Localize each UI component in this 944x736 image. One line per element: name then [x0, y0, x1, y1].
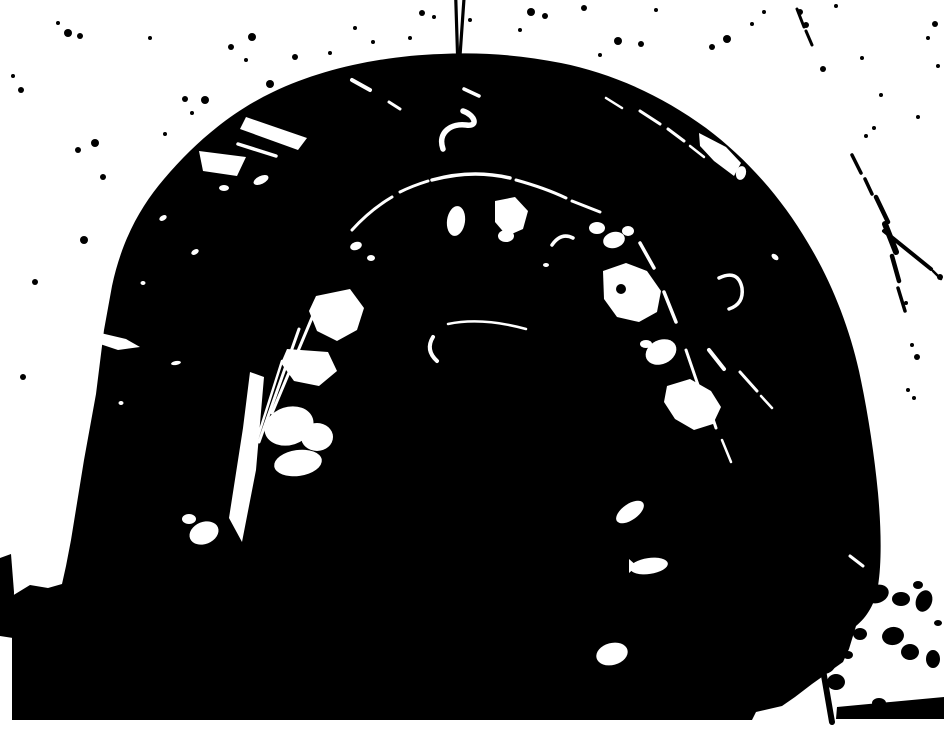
- tooth-highlight: [640, 340, 652, 348]
- tooth-highlight: [589, 222, 605, 234]
- speckle-dot: [229, 117, 235, 123]
- debris-blob: [853, 628, 867, 640]
- speckle-dot: [750, 22, 754, 26]
- tooth-highlight: [301, 423, 333, 451]
- speckle-dot: [91, 139, 99, 147]
- speckle-dot: [77, 33, 83, 39]
- debris-blob: [872, 698, 886, 708]
- speckle-dot: [419, 10, 425, 16]
- speckle-dot: [266, 80, 274, 88]
- speckle-dot: [353, 26, 357, 30]
- speckle-dot: [328, 51, 332, 55]
- debris-blob: [926, 650, 940, 668]
- debris-blob: [913, 581, 923, 589]
- speckle-dot: [244, 58, 248, 62]
- tooth-highlight: [367, 255, 375, 261]
- speckle-dot: [408, 36, 412, 40]
- debris-blob: [843, 651, 853, 659]
- speckle-dot: [820, 66, 826, 72]
- speckle-dot: [581, 5, 587, 11]
- tooth-highlight: [182, 514, 196, 524]
- speckle-dot: [638, 41, 644, 47]
- debris-blob: [892, 592, 910, 606]
- speckle-dot: [598, 53, 602, 57]
- speckle-dot: [292, 54, 298, 60]
- tooth-highlight-hole: [616, 284, 626, 294]
- speckle-dot: [32, 279, 38, 285]
- speckle-dot: [904, 301, 908, 305]
- speckle-dot: [228, 44, 234, 50]
- debris-blob: [799, 646, 811, 656]
- speckle-dot: [834, 4, 838, 8]
- speckle-dot: [527, 8, 535, 16]
- speckle-dot: [932, 21, 938, 27]
- speckle-dot: [912, 396, 916, 400]
- speckle-dot: [20, 374, 26, 380]
- surface-fleck: [543, 263, 549, 267]
- debris-blob: [827, 674, 845, 690]
- speckle-dot: [100, 174, 106, 180]
- speckle-dot: [879, 93, 883, 97]
- left-margin-shadow: [0, 554, 14, 638]
- speckle-dot: [75, 147, 81, 153]
- speckle-dot: [709, 44, 715, 50]
- speckle-dot: [860, 56, 864, 60]
- speckle-dot: [190, 111, 194, 115]
- speckle-dot: [148, 36, 152, 40]
- speckle-dot: [864, 134, 868, 138]
- speckle-dot: [56, 21, 60, 25]
- speckle-dot: [654, 8, 658, 12]
- speckle-dot: [248, 33, 256, 41]
- surface-fleck: [119, 401, 124, 405]
- speckle-dot: [910, 343, 914, 347]
- speckle-dot: [914, 354, 920, 360]
- speckle-dot: [916, 115, 920, 119]
- speckle-dot: [797, 9, 803, 15]
- debris-blob: [934, 620, 942, 626]
- speckle-dot: [926, 36, 930, 40]
- speckle-dot: [936, 64, 940, 68]
- pin-wire: [456, 0, 458, 63]
- speckle-dot: [803, 22, 809, 28]
- speckle-dot: [163, 132, 167, 136]
- speckle-dot: [542, 13, 548, 19]
- speckle-dot: [906, 388, 910, 392]
- rim-highlight: [219, 185, 229, 191]
- speckle-dot: [872, 126, 876, 130]
- binarized-photo: [0, 0, 944, 736]
- speckle-dot: [201, 96, 209, 104]
- speckle-dot: [80, 236, 88, 244]
- speckle-dot: [518, 28, 522, 32]
- speckle-dot: [11, 74, 15, 78]
- speckle-dot: [614, 37, 622, 45]
- speckle-dot: [432, 15, 436, 19]
- speckle-dot: [18, 87, 24, 93]
- tooth-highlight: [622, 226, 634, 236]
- debris-blob: [901, 644, 919, 660]
- speckle-dot: [182, 96, 188, 102]
- dental-cast-photograph: [0, 0, 944, 736]
- surface-fleck: [141, 281, 146, 285]
- speckle-dot: [762, 10, 766, 14]
- speckle-dot: [371, 40, 375, 44]
- speckle-dot: [575, 76, 579, 80]
- speckle-dot: [468, 18, 472, 22]
- speckle-dot: [723, 35, 731, 43]
- speckle-dot: [937, 274, 943, 280]
- speckle-dot: [64, 29, 72, 37]
- tooth-highlight: [498, 230, 514, 242]
